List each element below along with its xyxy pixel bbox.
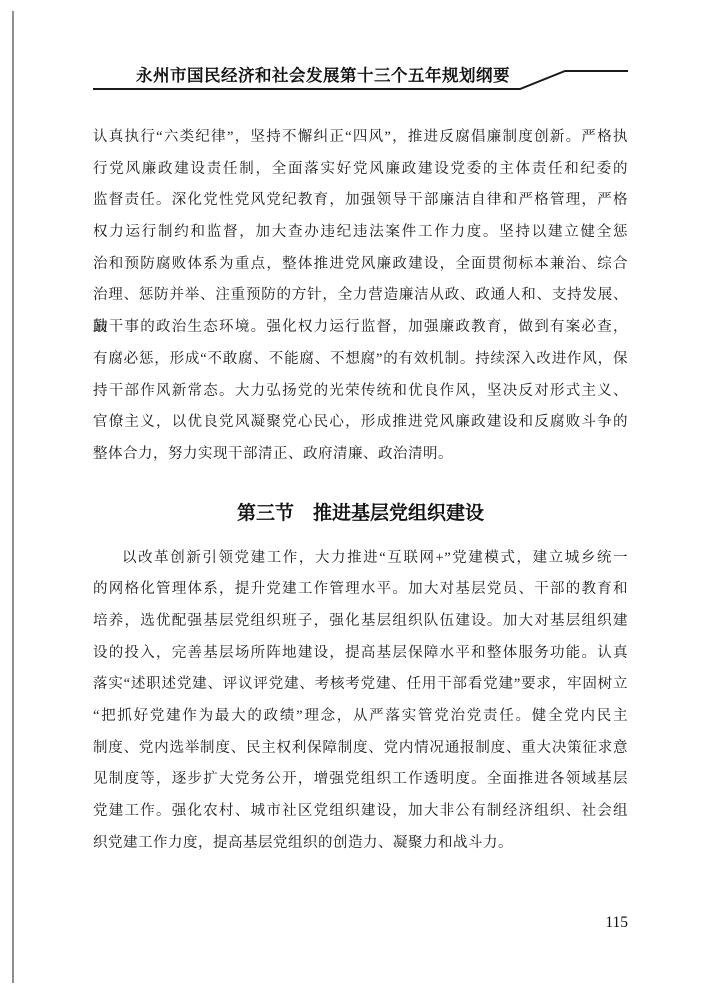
section-heading: 第三节 推进基层党组织建设 [93,501,628,527]
page-edge-line [12,11,14,983]
header-rule-decoration [0,0,721,100]
paragraph-line: 以改革创新引领党建工作，大力推进“互联网+”党建模式，建立城乡统一 [93,543,628,575]
paragraph-line: 整体合力，努力实现干部清正、政府清廉、政治清明。 [93,439,628,471]
paragraph-line: 行党风廉政建设责任制，全面落实好党风廉政建设党委的主体责任和纪委的 [93,154,628,186]
paragraph-line: 励干事的政治生态环境。强化权力运行监督，加强廉政教育，做到有案必查， [93,312,628,344]
paragraph-line: 落实“述职述党建、评议评党建、考核考党建、任用干部看党建”要求，牢固树立 [93,669,628,701]
paragraph-line: 织党建工作力度，提高基层党组织的创造力、凝聚力和战斗力。 [93,828,628,860]
paragraph-line: 认真执行“六类纪律”，坚持不懈纠正“四风”，推进反腐倡廉制度创新。严格执 [93,122,628,154]
paragraph-line: 持干部作风新常态。大力弘扬党的光荣传统和优良作风，坚决反对形式主义、 [93,376,628,408]
paragraph-line: 设的投入，完善基层场所阵地建设，提高基层保障水平和整体服务功能。认真 [93,638,628,670]
paragraph-line: 党建工作。强化农村、城市社区党组织建设，加大非公有制经济组织、社会组 [93,796,628,828]
paragraph-line: 见制度等，逐步扩大党务公开，增强党组织工作透明度。全面推进各领域基层 [93,764,628,796]
paragraph-line: 官僚主义，以优良党风凝聚党心民心，形成推进党风廉政建设和反腐败斗争的 [93,407,628,439]
paragraph-section-body: 以改革创新引领党建工作，大力推进“互联网+”党建模式，建立城乡统一的网格化管理体… [93,543,628,860]
paragraph-line: 有腐必惩，形成“不敢腐、不能腐、不想腐”的有效机制。持续深入改进作风，保 [93,344,628,376]
paragraph-line: 治理、惩防并举、注重预防的方针，全力营造廉洁从政、政通人和、支持发展、鼓 [93,280,628,312]
text-column: 认真执行“六类纪律”，坚持不懈纠正“四风”，推进反腐倡廉制度创新。严格执行党风廉… [93,122,628,859]
paragraph-line: 治和预防腐败体系为重点，整体推进党风廉政建设，全面贯彻标本兼治、综合 [93,249,628,281]
page-number: 115 [93,912,628,934]
paragraph-line: 制度、党内选举制度、民主权利保障制度、党内情况通报制度、重大决策征求意 [93,733,628,765]
paragraph-line: 培养，选优配强基层党组织班子，强化基层组织队伍建设。加大对基层组织建 [93,606,628,638]
document-page: { "header": { "title": "永州市国民经济和社会发展第十三个… [0,0,721,1005]
paragraph-line: 权力运行制约和监督，加大查办违纪违法案件工作力度。坚持以建立健全惩 [93,217,628,249]
paragraph-line: “把抓好党建作为最大的政绩”理念，从严落实管党治党责任。健全党内民主 [93,701,628,733]
paragraph-continued: 认真执行“六类纪律”，坚持不懈纠正“四风”，推进反腐倡廉制度创新。严格执行党风廉… [93,122,628,471]
paragraph-line: 的网格化管理体系，提升党建工作管理水平。加大对基层党员、干部的教育和 [93,574,628,606]
paragraph-line: 监督责任。深化党性党风党纪教育，加强领导干部廉洁自律和严格管理，严格 [93,185,628,217]
